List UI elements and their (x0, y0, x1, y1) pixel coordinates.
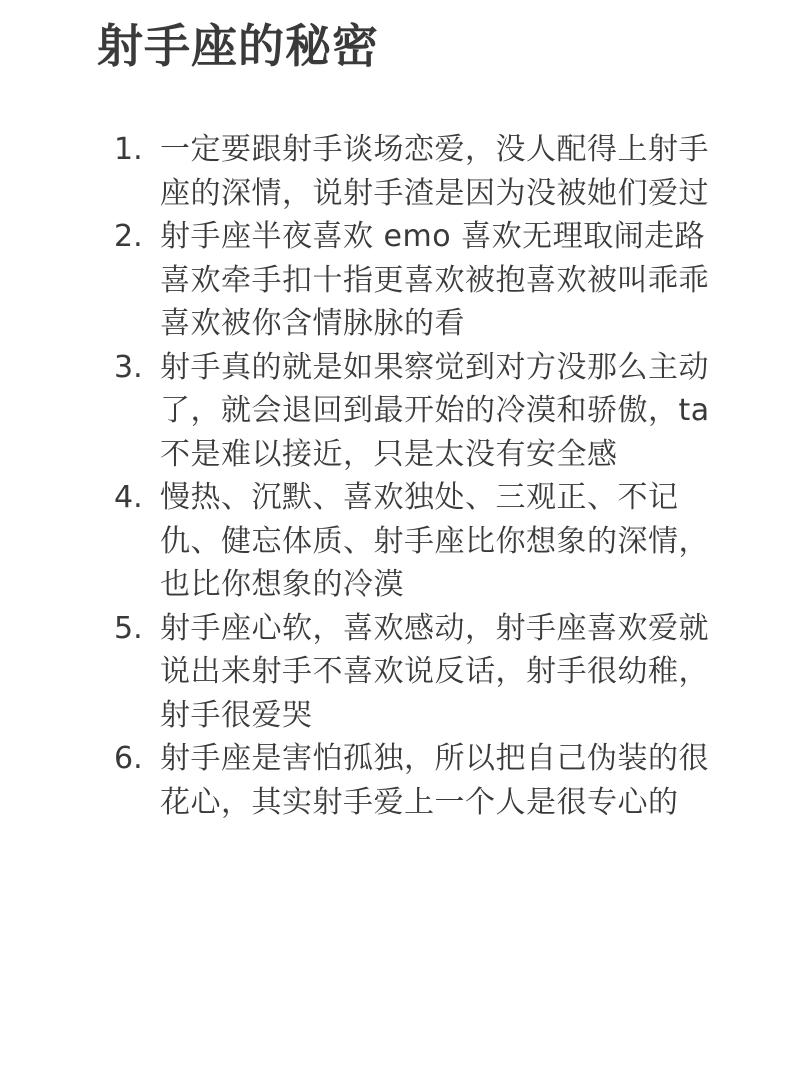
item-number: 6. (114, 737, 160, 781)
list-item: 4. 慢热、沉默、喜欢独处、三观正、不记仇、健忘体质、射手座比你想象的深情，也比… (114, 476, 714, 607)
item-number: 4. (114, 476, 160, 520)
item-text: 射手座是害怕孤独，所以把自己伪装的很花心，其实射手爱上一个人是很专心的 (160, 737, 714, 824)
secrets-list: 1. 一定要跟射手谈场恋爱，没人配得上射手座的深情，说射手渣是因为没被她们爱过 … (114, 128, 714, 824)
list-item: 1. 一定要跟射手谈场恋爱，没人配得上射手座的深情，说射手渣是因为没被她们爱过 (114, 128, 714, 215)
item-text: 慢热、沉默、喜欢独处、三观正、不记仇、健忘体质、射手座比你想象的深情，也比你想象… (160, 476, 714, 607)
page-title: 射手座的秘密 (97, 14, 379, 78)
item-number: 3. (114, 346, 160, 390)
item-text: 射手座半夜喜欢 emo 喜欢无理取闹走路喜欢牵手扣十指更喜欢被抱喜欢被叫乖乖喜欢… (160, 215, 714, 346)
list-item: 3. 射手真的就是如果察觉到对方没那么主动了，就会退回到最开始的冷漠和骄傲，ta… (114, 346, 714, 477)
item-number: 2. (114, 215, 160, 259)
item-text: 射手真的就是如果察觉到对方没那么主动了，就会退回到最开始的冷漠和骄傲，ta 不是… (160, 346, 714, 477)
item-number: 1. (114, 128, 160, 172)
list-item: 2. 射手座半夜喜欢 emo 喜欢无理取闹走路喜欢牵手扣十指更喜欢被抱喜欢被叫乖… (114, 215, 714, 346)
item-text: 射手座心软，喜欢感动，射手座喜欢爱就说出来射手不喜欢说反话，射手很幼稚，射手很爱… (160, 607, 714, 738)
item-text: 一定要跟射手谈场恋爱，没人配得上射手座的深情，说射手渣是因为没被她们爱过 (160, 128, 714, 215)
list-item: 5. 射手座心软，喜欢感动，射手座喜欢爱就说出来射手不喜欢说反话，射手很幼稚，射… (114, 607, 714, 738)
item-number: 5. (114, 607, 160, 651)
list-item: 6. 射手座是害怕孤独，所以把自己伪装的很花心，其实射手爱上一个人是很专心的 (114, 737, 714, 824)
